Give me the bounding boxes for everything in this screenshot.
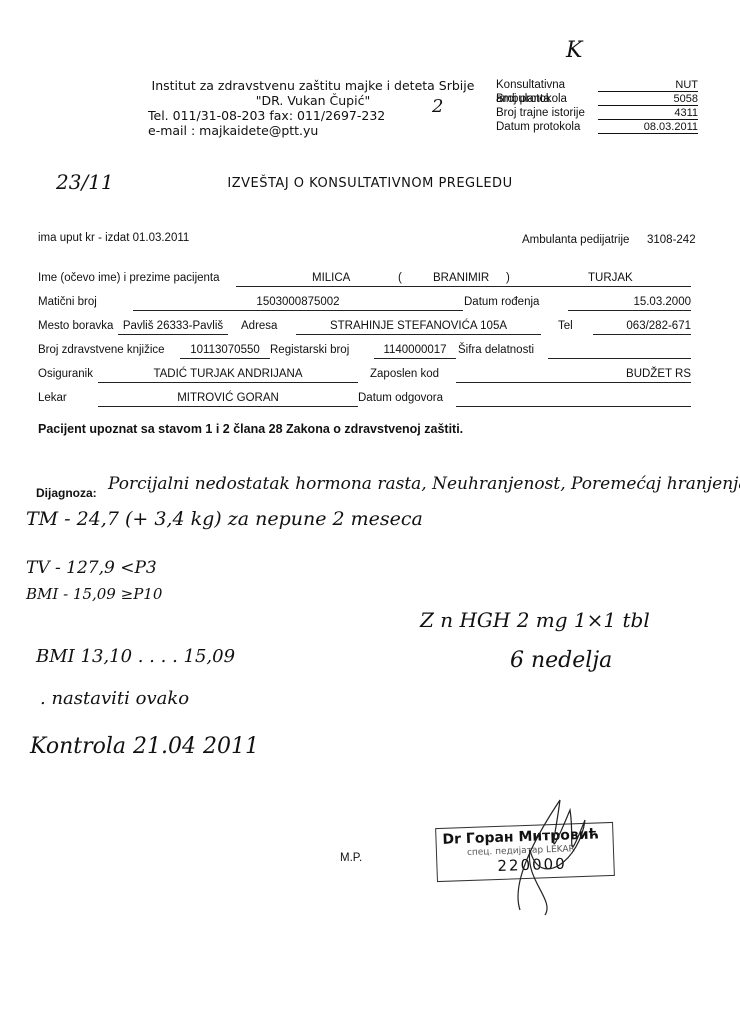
mp-label: M.P. [340, 852, 362, 864]
jmbg-label: Matični broj [38, 296, 97, 308]
document-title: IZVEŠTAJ O KONSULTATIVNOM PREGLEDU [0, 176, 740, 191]
protocol-row: Broj protokola5058 [496, 92, 698, 106]
patient-first-name: MILICA [312, 272, 350, 284]
dob-value: 15.03.2000 [568, 296, 691, 311]
clinic-label: Ambulanta pedijatrije [522, 234, 629, 246]
reg-value: 1140000017 [374, 344, 456, 359]
insured-row: Osiguranik TADIĆ TURJAK ANDRIJANA Zaposl… [38, 368, 693, 386]
activity-label: Šifra delatnosti [458, 344, 534, 356]
tel-value: 063/282-671 [593, 320, 691, 335]
patient-residence-row: Mesto boravka Pavliš 26333-Pavliš Adresa… [38, 320, 693, 338]
insured-value: TADIĆ TURJAK ANDRIJANA [98, 368, 358, 383]
protocol-label: Broj trajne istorije [496, 106, 585, 120]
paren-open: ( [398, 272, 402, 284]
card-value: 10113070550 [180, 344, 270, 359]
employer-label: Zaposlen kod [370, 368, 439, 380]
doctor-signature-icon [500, 790, 610, 920]
address-value: STRAHINJE STEFANOVIĆA 105A [296, 320, 541, 335]
handwritten-initial-mark: 2 [432, 96, 443, 117]
diagnosis-label: Dijagnoza: [36, 486, 97, 500]
diagnosis-line-6: . nastaviti ovako [40, 688, 189, 709]
handwritten-corner-mark: K [566, 38, 582, 63]
protocol-label: Datum protokola [496, 120, 580, 134]
referral-note: ima uput kr - izdat 01.03.2011 [38, 232, 189, 244]
doctor-value: MITROVIĆ GORAN [98, 392, 358, 407]
protocol-row: Konsultativna ambulantaNUT [496, 78, 698, 92]
doctor-row: Lekar MITROVIĆ GORAN Datum odgovora [38, 392, 693, 410]
paren-close: ) [506, 272, 510, 284]
control-date: Kontrola 21.04 2011 [30, 734, 259, 759]
institution-email: e-mail : majkaidete@ptt.yu [148, 123, 478, 138]
protocol-value: 5058 [598, 92, 698, 106]
protocol-label: Konsultativna ambulanta [496, 78, 598, 92]
diagnosis-line-4: BMI - 15,09 ≥P10 [26, 585, 162, 603]
protocol-row: Broj trajne istorije4311 [496, 106, 698, 120]
card-label: Broj zdravstvene knjižice [38, 344, 165, 356]
insured-label: Osiguranik [38, 368, 93, 380]
clinic-code: 3108-242 [647, 234, 696, 246]
protocol-value: 08.03.2011 [598, 120, 698, 134]
protocol-label: Broj protokola [496, 92, 567, 106]
institution-name: Institut za zdravstvenu zaštitu majke i … [148, 78, 478, 93]
jmbg-value: 1503000875002 [133, 296, 463, 311]
institution-header: Institut za zdravstvenu zaštitu majke i … [148, 78, 478, 138]
patient-card-row: Broj zdravstvene knjižice 10113070550 Re… [38, 344, 693, 362]
patient-name-label: Ime (očevo ime) i prezime pacijenta [38, 272, 220, 284]
diagnosis-line-1: Porcijalni nedostatak hormona rasta, Neu… [108, 474, 728, 494]
diagnosis-line-5: BMI 13,10 . . . . 15,09 [36, 646, 235, 667]
doctor-label: Lekar [38, 392, 67, 404]
patient-father-name: BRANIMIR [433, 272, 489, 284]
institution-contact: Tel. 011/31-08-203 fax: 011/2697-232 [148, 108, 478, 123]
employer-value: BUDŽET RS [456, 368, 691, 383]
address-label: Adresa [241, 320, 277, 332]
institution-subname: "DR. Vukan Čupić" [148, 93, 478, 108]
reg-label: Registarski broj [270, 344, 349, 356]
therapy-line-1: Z n HGH 2 mg 1×1 tbl [420, 608, 650, 632]
patient-id-row: Matični broj 1503000875002 Datum rođenja… [38, 296, 693, 314]
legal-notice: Pacijent upoznat sa stavom 1 i 2 člana 2… [38, 422, 463, 436]
patient-name-row: Ime (očevo ime) i prezime pacijenta MILI… [38, 272, 693, 290]
diagnosis-line-2: TM - 24,7 (+ 3,4 kg) za nepune 2 meseca [26, 508, 423, 530]
protocol-value: NUT [598, 78, 698, 92]
therapy-line-2: 6 nedelja [510, 648, 612, 673]
answer-date-value [456, 392, 691, 407]
activity-value [548, 344, 691, 359]
patient-last-name: TURJAK [588, 272, 633, 284]
protocol-value: 4311 [598, 106, 698, 120]
protocol-row: Datum protokola08.03.2011 [496, 120, 698, 134]
protocol-info: Konsultativna ambulantaNUT Broj protokol… [496, 78, 698, 134]
residence-label: Mesto boravka [38, 320, 113, 332]
answer-date-label: Datum odgovora [358, 392, 443, 404]
residence-value: Pavliš 26333-Pavliš [118, 320, 228, 335]
diagnosis-line-3: TV - 127,9 <P3 [26, 558, 157, 578]
dob-label: Datum rođenja [464, 296, 539, 308]
tel-label: Tel [558, 320, 573, 332]
